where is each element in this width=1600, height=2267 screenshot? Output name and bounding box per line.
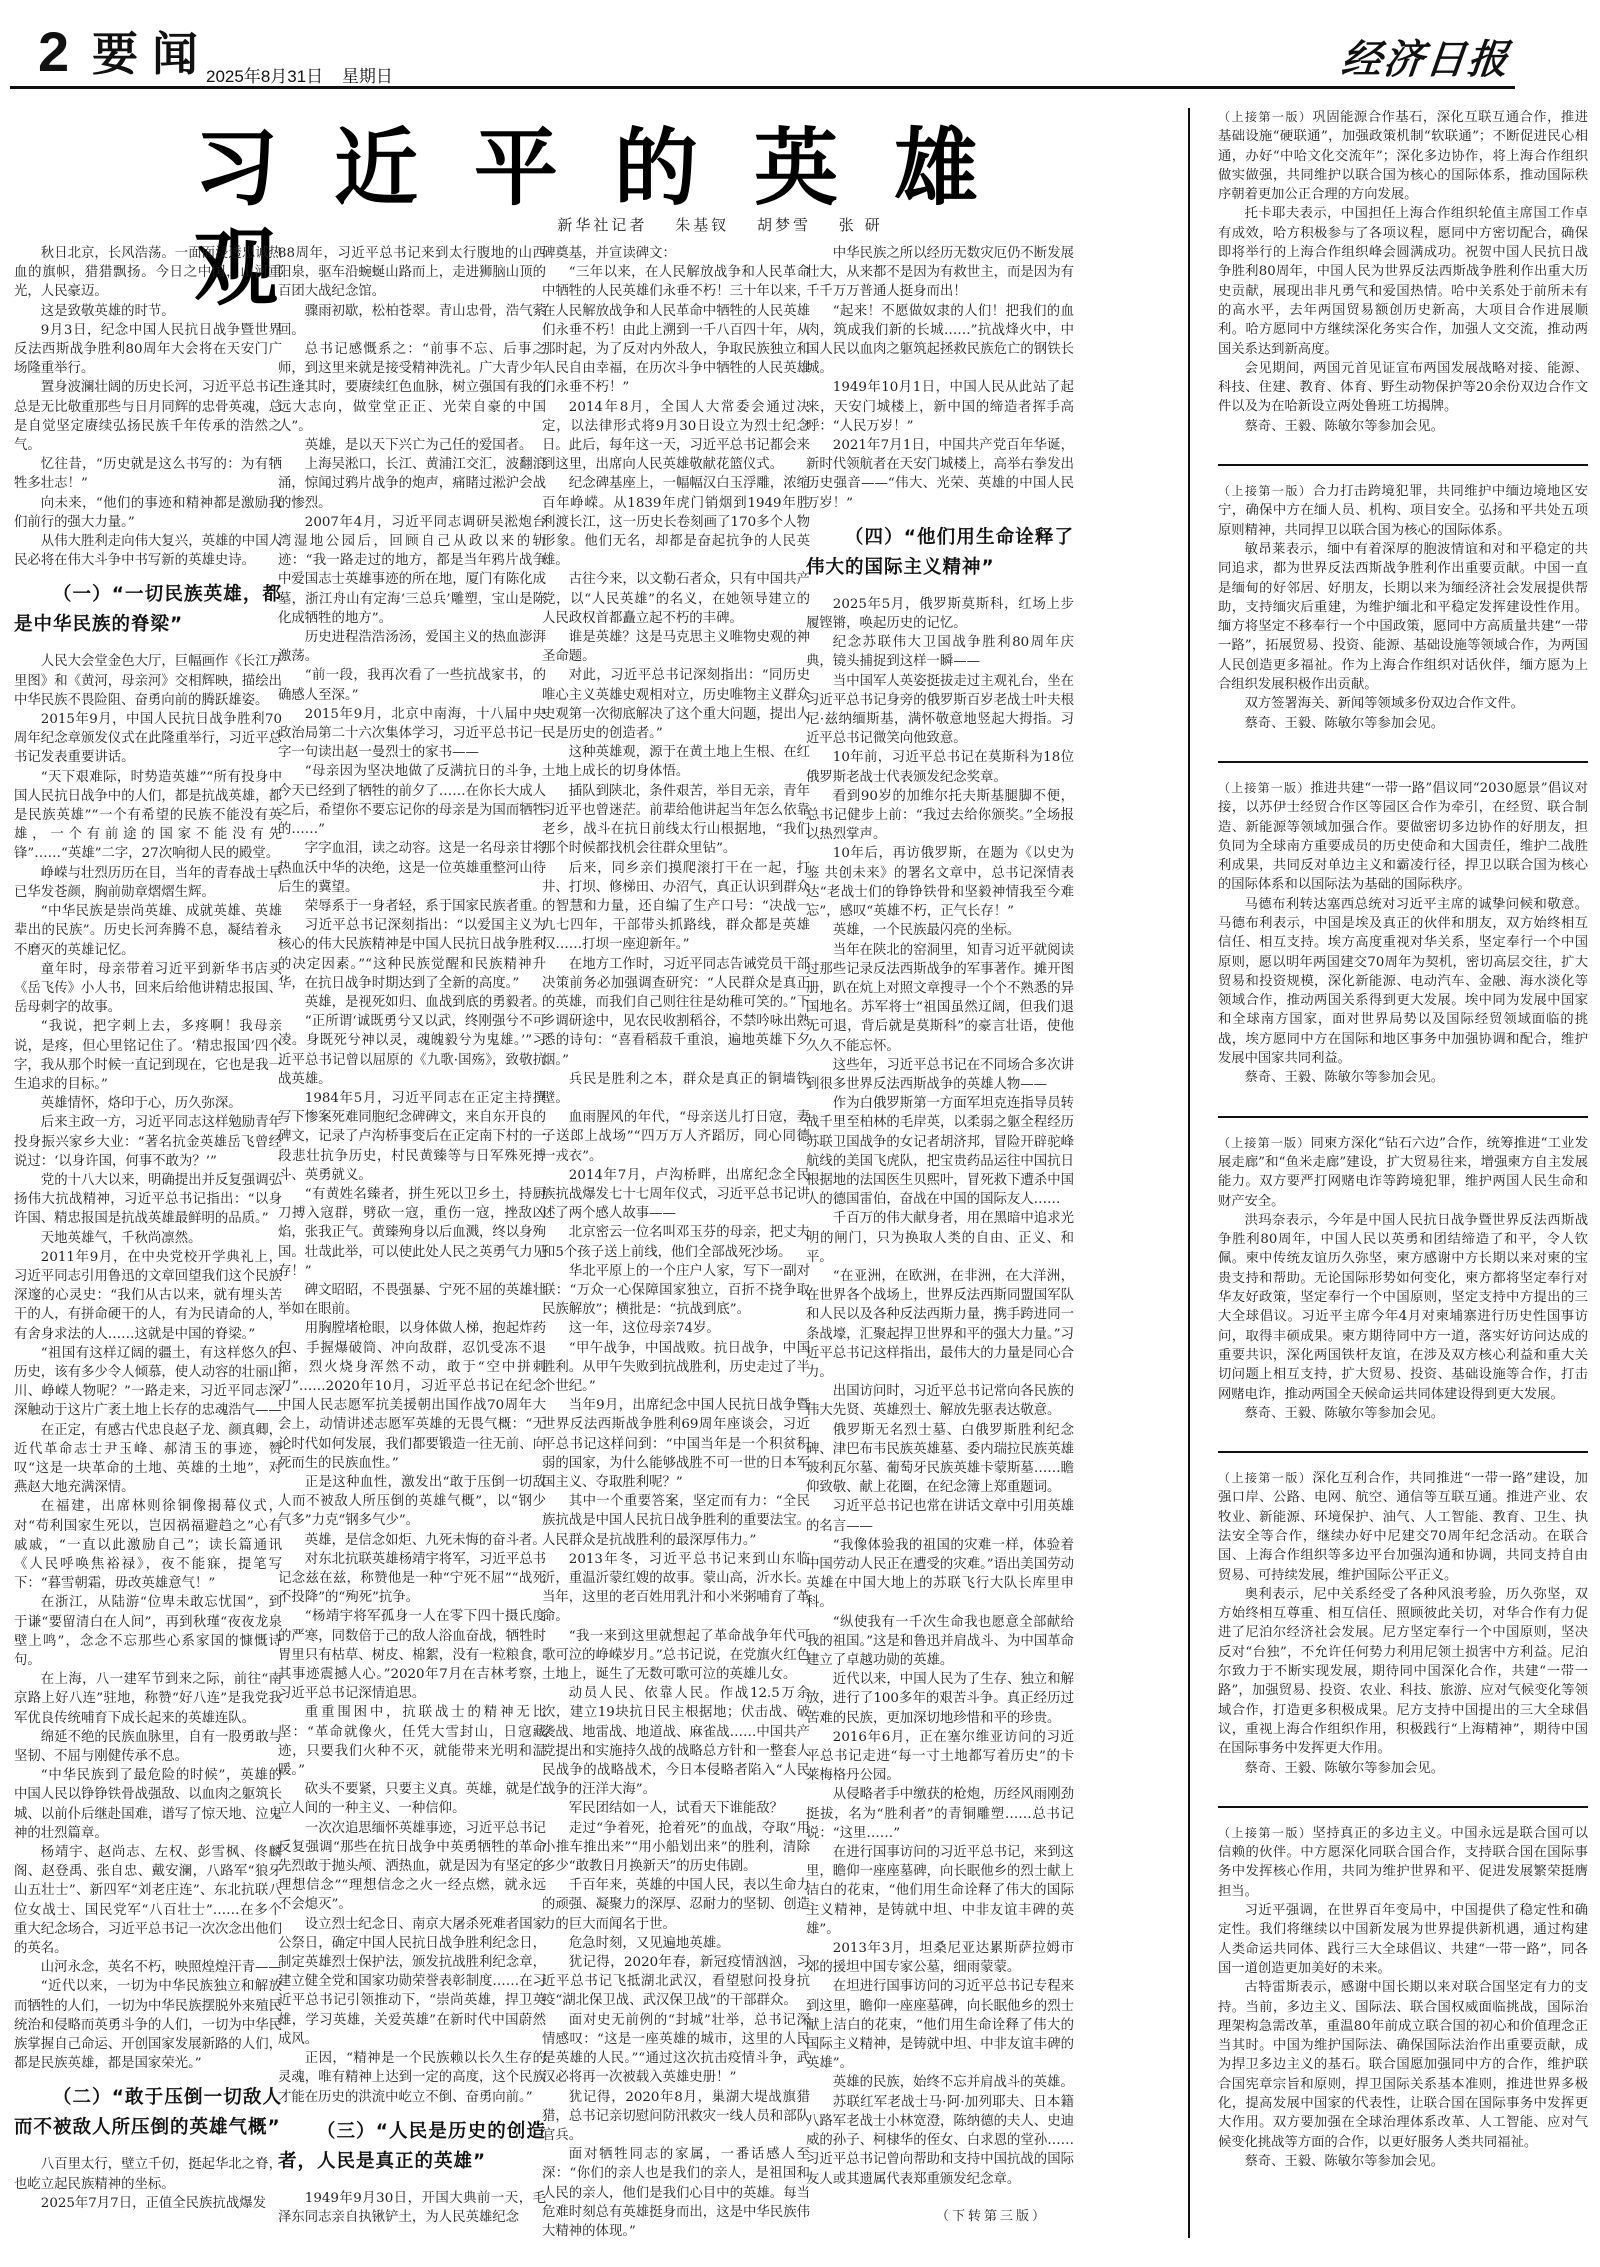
article-column-3: 碑奠基，并宣读碑文：“三年以来，在人民解放战争和人民革命中牺牲的人民英雄们永垂不… [542,244,810,2241]
date: 2025年8月31日 [206,67,323,86]
paragraph: 正因，“精神是一个民族赖以长久生存的灵魂，唯有精神上达到一定的高度，这个民族才能… [278,2049,546,2107]
page-number: 2 [38,22,69,82]
paragraph: 敏昂莱表示，缅中有着深厚的胞波情谊和对和平稳定的共同追求，都为世界反法西斯战争胜… [1218,540,1588,694]
paragraph: 危急时刻，又见遍地英雄。 [542,1934,810,1953]
paragraph: 这种英雄观，源于在黄土地上生根、在红土地上成长的切身体悟。 [542,743,810,781]
story-lead-text: 深化互利合作，共同推进“一带一路”建设，加强口岸、公路、电网、航空、通信等互联互… [1218,1471,1588,1582]
paragraph: 犹记得，2020年8月，巢湖大堤战旗猎猎，总书记亲切慰问防汛救灾一线人员和部队官… [542,2088,810,2146]
paragraph: 谁是英雄？这是马克思主义唯物史观的神圣命题。 [542,628,810,666]
paragraph: 用胸膛堵枪眼，以身体做人梯，抱起炸药包、手握爆破筒、冲向敌群，忍饥受冻不退缩，烈… [278,1319,546,1473]
paragraph: 88周年，习近平总书记来到太行腹地的山西阳泉，驱车沿蜿蜒山路而上，走进狮脑山顶的… [278,244,546,302]
intro-paragraphs: 秋日北京，长风浩荡。一面面浸透忠诚热血的旗帜，猎猎飘扬。今日之中国，山河重光，人… [14,244,282,570]
paragraph: 对东北抗联英雄杨靖宇将军，习近平总书记念兹在兹，称赞他是一种“宁死不屈”“战死不… [278,1550,546,1608]
paragraph: 后来主政一方，习近平同志这样勉励青年投身振兴家乡大业：“著名抗金英雄岳飞曾经说过… [14,1113,282,1171]
paragraph: 会见期间，两国元首见证宣布两国发展战略对接、能源、科技、住建、教育、体育、野生动… [1218,359,1588,417]
paragraph: “起来！不愿做奴隶的人们！把我们的血肉，筑成我们新的长城……”抗战烽火中，中国人… [806,302,1074,379]
paragraph: 英雄，是以天下兴亡为己任的爱国者。 [278,436,546,455]
continued-from-page-1-tag: （上接第一版） [1218,1826,1313,1840]
paragraph: 在上海，八一建军节到来之际，前往“南京路上好八连”驻地，称赞“好八连”是我党我军… [14,1670,282,1728]
paragraph: 千百年来，英雄的中国人民，表以生命力的顽强、凝聚力的深厚、忍耐力的坚韧、创造力的… [542,1876,810,1934]
paragraph: 人民大会堂金色大厅，巨幅画作《长江万里图》和《黄河，母亲河》交相辉映，描绘出中华… [14,652,282,710]
continued-from-page-1-tag: （上接第一版） [1218,484,1313,498]
paragraph: 习近平总书记深刻指出：“以爱国主义为核心的伟大民族精神是中国人民抗日战争胜利的决… [278,916,546,993]
article-column-1: 秋日北京，长风浩荡。一面面浸透忠诚热血的旗帜，猎猎飘扬。今日之中国，山河重光，人… [14,244,282,2213]
paragraph: 习近平总书记也常在讲话文章中引用英雄的名言—— [806,1497,1074,1535]
paragraph: 后来，同乡亲们摸爬滚打干在一起，打井、打坝、修梯田、办沼气，真正认识到群众的智慧… [542,859,810,955]
byline-author: 胡梦雪 [757,216,811,234]
paragraph: 1949年10月1日，中国人民从此站了起来，天安门城楼上，新中国的缔造者挥手高呼… [806,378,1074,436]
paragraph: 从侵略者手中缴获的枪炮，历经风雨刚劲挺拔，名为“胜利者”的青铜雕塑……总书记说：… [806,1785,1074,1843]
paragraph: 骤雨初歇，松柏苍翠。青山忠骨，浩气萦回。 [278,302,546,340]
paragraph: 上海吴淞口，长江、黄浦江交汇，波翻浪涌，惊闻过鸦片战争的炮声，痛睹过淞沪会战的惨… [278,455,546,513]
paragraph: 重重围困中，抗联战士的精神无比坚：“革命就像火，任凭大雪封山，日寇藏迹，只要我们… [278,1703,546,1780]
byline-author: 朱基钗 [675,216,729,234]
paragraph: 10年前，习近平总书记在莫斯科为18位俄罗斯老战士代表颁发纪念奖章。 [806,748,1074,786]
paragraph: 总书记感慨系之：“前事不忘、后事之师，到这里来就是接受精神洗礼。广大青少年生逢其… [278,340,546,436]
paragraph: 犹记得，2020年春，新冠疫情汹汹，习近平总书记飞抵湖北武汉，看望慰问投身抗疫“… [542,1953,810,2011]
paragraph: 2011年9月，在中央党校开学典礼上，习近平同志引用鲁迅的文章回望我们这个民族深… [14,1248,282,1344]
paragraph: 在福建，出席林则徐铜像揭幕仪式，对“苟利国家生死以，岂因祸福避趋之”心有戚戚，“… [14,1497,282,1593]
paragraph: 天地英雄气，千秋尚凛然。 [14,1229,282,1248]
section-4-paragraphs: 2025年5月，俄罗斯莫斯科，红场上步履铿锵，唤起历史的记忆。纪念苏联伟大卫国战… [806,595,1074,2189]
paragraph: 当中国军人英姿挺拔走过主观礼台，坐在习近平总书记身旁的俄罗斯百岁老战士叶夫根尼·… [806,672,1074,749]
paragraph: “三年以来，在人民解放战争和人民革命中牺牲的人民英雄们永垂不朽！三十年以来，在人… [542,263,810,397]
paragraph: 绵延不绝的民族血脉里，自有一股勇敢与坚韧、不屈与刚健传承不息。 [14,1728,282,1766]
paragraph: “纵使我有一千次生命我也愿意全部献给我的祖国。”这是和鲁迅并肩战斗、为中国革命建… [806,1613,1074,1671]
paragraph: “有黄姓名臻者，拼生死以卫乡土，持厨刀搏入寇群，劈砍一寇，重伤一寇，挫敌凶焰，张… [278,1185,546,1281]
paragraph: 在坦进行国事访问的习近平总书记专程来到这里，瞻仰一座座墓碑，向长眠他乡的烈士献上… [806,1977,1074,2073]
paragraph: 英雄，一个民族最闪亮的坐标。 [806,921,1074,940]
column-2-paragraphs: 88周年，习近平总书记来到太行腹地的山西阳泉，驱车沿蜿蜒山路而上，走进狮脑山顶的… [278,244,546,2107]
paragraph: 俄罗斯无名烈士墓、白俄罗斯胜利纪念碑、津巴布韦民族英雄墓、委内瑞拉民族英雄玻利瓦… [806,1421,1074,1498]
paragraph: 北京密云一位名叫邓玉芬的母亲，把丈夫和5个孩子送上前线，他们全部战死沙场。 [542,1223,810,1261]
continued-from-page-1-tag: （上接第一版） [1218,1471,1312,1485]
paragraph: 党的十八大以来，明确提出并反复强调弘扬伟大抗战精神，习近平总书记指出：“以身许国… [14,1171,282,1229]
paragraph: 在浙江，从陆游“位卑未敢忘忧国”，到于谦“要留清白在人间”，再到秋瑾“夜夜龙泉壁… [14,1593,282,1670]
paragraph: 2025年5月，俄罗斯莫斯科，红场上步履铿锵，唤起历史的记忆。 [806,595,1074,633]
paragraph: 这是致敬英雄的时节。 [14,302,282,321]
paragraph: 秋日北京，长风浩荡。一面面浸透忠诚热血的旗帜，猎猎飘扬。今日之中国，山河重光，人… [14,244,282,302]
paragraph: 从伟大胜利走向伟大复兴，英雄的中国人民必将在伟大斗争中书写新的英雄史诗。 [14,532,282,570]
paragraph: “我像体验我的祖国的灾难一样，体验着中国劳动人民正在遭受的灾难。”语出美国劳动英… [806,1536,1074,1613]
byline-author: 张 研 [839,216,883,234]
paragraph: 面对史无前例的“封城”壮举，总书记深情感叹：“这是一座英雄的城市，这里的人民是英… [542,2011,810,2088]
section-heading-4: （四）“他们用生命诠释了伟大的国际主义精神” [806,523,1074,583]
story-lead: （上接第一版）深化互利合作，共同推进“一带一路”建设，加强口岸、公路、电网、航空… [1218,1469,1588,1585]
paragraph: 这一年，这位母亲74岁。 [542,1319,810,1338]
paragraph: “中华民族到了最危险的时候”，英雄的中国人民以铮铮铁骨战强敌、以血肉之躯筑长城、… [14,1766,282,1843]
paragraph: 荣辱系于一身者轻，系于国家民族者重。 [278,897,546,916]
paragraph: “我一来到这里就想起了革命战争年代可歌可泣的峥嵘岁月。”总书记说，在党旗火红色土… [542,1627,810,1685]
paragraph: 洪玛奈表示，今年是中国人民抗日战争暨世界反法西斯战争胜利80周年，中国人民以英勇… [1218,1211,1588,1404]
paragraph: 作为白俄罗斯第一方面军坦克连指导员转战千里至柏林的毛岸英，以柔弱之躯全程经历苏联… [806,1094,1074,1209]
paragraph: 2013年冬，习近平总书记来到山东临沂，重温沂蒙红嫂的故事。蒙山高，沂水长。当年… [542,1550,810,1627]
paragraph: 英雄，是视死如归、血战到底的勇毅者。 [278,993,546,1012]
paragraph: 纪念苏联伟大卫国战争胜利80周年庆典，镜头捕捉到这样一瞬—— [806,633,1074,671]
paragraph: 双方签署海关、新闻等领域多份双边合作文件。 [1218,694,1588,713]
paragraph: “近代以来，一切为中华民族独立和解放而牺牲的人们，一切为中华民族摆脱外来殖民统治… [14,1977,282,2073]
paragraph: 面对牺牲同志的家属，一番话感人至深：“你们的亲人也是我们的亲人，是祖国和人民的亲… [542,2145,810,2241]
masthead-divider [10,86,1515,89]
paragraph: 军民团结如一人，试看天下谁能敌？ [542,1799,810,1818]
article-column-2: 88周年，习近平总书记来到太行腹地的山西阳泉，驱车沿蜿蜒山路而上，走进狮脑山顶的… [278,244,546,2227]
story-lead: （上接第一版）巩固能源合作基石，深化互联互通合作，推进基础设施“硬联通”，加强政… [1218,108,1588,204]
continued-stories-column: （上接第一版）巩固能源合作基石，深化互联互通合作，推进基础设施“硬联通”，加强政… [1218,108,1588,2185]
paragraph: 在进行国事访问的习近平总书记，来到这里，瞻仰一座座墓碑，向长眠他乡的烈士献上洁白… [806,1843,1074,1939]
paragraph: 华北平原上的一个庄户人家，写下一副对联：“万众一心保障国家独立，百折不挠争取民族… [542,1262,810,1320]
paragraph: 当年9月，出席纪念中国人民抗日战争暨世界反法西斯战争胜利69周年座谈会，习近平总… [542,1396,810,1492]
paragraph: 2015年9月，中国人民抗日战争胜利70周年纪念章颁发仪式在此隆重举行，习近平总… [14,710,282,768]
paragraph: 2015年9月，北京中南海，十八届中央政治局第二十六次集体学习，习近平总书记一字… [278,705,546,763]
paragraph: 蔡奇、王毅、陈敏尔等参加会见。 [1218,1068,1588,1087]
paragraph: 苏联红军老战士马·阿·加列耶夫、日本籍八路军老战士小林宽澄，陈纳德的夫人、史迪威… [806,2093,1074,2189]
paragraph: 其中一个重要答案，坚定而有力：“全民族抗战是中国人民抗日战争胜利的重要法宝。人民… [542,1492,810,1550]
paragraph: 托卡耶夫表示，中国担任上海合作组织轮值主席国工作卓有成效，哈方积极参与了各项议程… [1218,204,1588,358]
paragraph: 血雨腥风的年代，“母亲送儿打日寇，妻子送郎上战场”“四万万人齐蹈厉，同心同德一戎… [542,1108,810,1166]
paragraph: “在亚洲，在欧洲，在非洲，在大洋洲，在世界各个战场上，世界反法西斯同盟国军队和人… [806,1267,1074,1382]
paragraph: 童年时，母亲带着习近平到新华书店买《岳飞传》小人书，回来后给他讲精忠报国、岳母刺… [14,960,282,1018]
paragraph: 千百万的伟大献身者，用在黑暗中追求光明的闸门，只为换取人类的自由、正义、和平。 [806,1209,1074,1267]
paragraph: 一次次追思缅怀英雄事迹，习近平总书记反复强调“那些在抗日战争中英勇牺牲的革命先烈… [278,1819,546,1915]
continued-from-page-1-tag: （上接第一版） [1218,110,1313,124]
paragraph: 英雄情怀，烙印于心，历久弥深。 [14,1094,282,1113]
paragraph: 蔡奇、王毅、陈敏尔等参加会见。 [1218,1404,1588,1423]
story-divider [1218,1451,1588,1453]
paragraph: “祖国有这样辽阔的疆土，有这样悠久的历史，该有多少令人倾慕，使人动容的壮丽山川、… [14,1344,282,1421]
paragraph: 蔡奇、王毅、陈敏尔等参加会见。 [1218,714,1588,733]
story-lead: （上接第一版）推进共建“一带一路”倡议同“2030愿景”倡议对接，以苏伊士经贸合… [1218,779,1588,895]
paragraph: 2021年7月1日，中国共产党百年华诞，新时代领航者在天安门城楼上，高举右拳发出… [806,436,1074,513]
continued-story: （上接第一版）巩固能源合作基石，深化互联互通合作，推进基础设施“硬联通”，加强政… [1218,108,1588,450]
paragraph: 插队到陕北，条件艰苦，举目无亲，青年习近平也曾迷茫。前辈给他讲起当年怎么依靠老乡… [542,782,810,859]
paragraph: 习近平强调，在世界百年变局中，中国提供了稳定性和确定性。我们将继续以中国新发展为… [1218,1901,1588,1978]
paragraph: 英雄的民族，始终不忘并肩战斗的英雄。 [806,2073,1074,2092]
story-lead: （上接第一版）坚持真正的多边主义。中国永远是联合国可以信赖的伙伴。中方愿深化同联… [1218,1824,1588,1901]
paragraph: 古特雷斯表示，感谢中国长期以来对联合国坚定有力的支持。当前，多边主义、国际法、联… [1218,1978,1588,2152]
paragraph: 1949年9月30日，开国大典前一天，毛泽东同志亲自执锹铲土，为人民英雄纪念 [278,2189,546,2227]
continued-story: （上接第一版）坚持真正的多边主义。中国永远是联合国可以信赖的伙伴。中方愿深化同联… [1218,1824,1588,2185]
paragraph: 峥嵘与壮烈历历在目，当年的青春战士早已华发苍颜，胸前勋章熠熠生辉。 [14,864,282,902]
paragraph: 对此，习近平总书记深刻指出：“同历史唯心主义英雄史观相对立，历史唯物主义群众史观… [542,666,810,743]
paragraph: “前一段，我再次看了一些抗战家书，的确感人至深。” [278,666,546,704]
paragraph: 蔡奇、王毅、陈敏尔等参加会见。 [1218,1759,1588,1778]
paragraph: “母亲因为坚决地做了反满抗日的斗争，今天已经到了牺牲的前夕了……在你长大成人之后… [278,762,546,839]
continued-from-page-1-tag: （上接第一版） [1218,1136,1311,1150]
paragraph: 2016年6月，正在塞尔维亚访问的习近平总书记走进“每一寸土地都写着历史”的卡莱… [806,1728,1074,1786]
section-heading-1: （一）“一切民族英雄，都是中华民族的脊梁” [14,580,282,640]
paragraph: 10年后，再访俄罗斯，在题为《以史为鉴 共创未来》的署名文章中，总书记深情表达“… [806,844,1074,921]
paper-logo: 经济日报 [1339,28,1513,85]
paragraph: 设立烈士纪念日、南京大屠杀死难者国家公祭日，确定中国人民抗日战争胜利纪念日，制定… [278,1915,546,2049]
paragraph: “甲午战争，中国战败。抗日战争，中国胜利。从甲午失败到抗战胜利，历史走过了半个世… [542,1339,810,1397]
continued-story: （上接第一版）合力打击跨境犯罪，共同维护中缅边境地区安宁，确保中方在缅人员、机构… [1218,482,1588,747]
column-3-paragraphs: 碑奠基，并宣读碑文：“三年以来，在人民解放战争和人民革命中牺牲的人民英雄们永垂不… [542,244,810,2241]
paragraph: “天下艰难际，时势造英雄”“所有投身中国人民抗日战争中的人们，都是抗战英雄，都是… [14,768,282,864]
paragraph: 在地方工作时，习近平同志告诫党员干部决策前务必加强调查研究：“人民群众是真正的英… [542,955,810,1070]
paragraph: 纪念碑基座上，一幅幅汉白玉浮雕，浓缩百年峥嵘。从1839年虎门销烟到1949年胜… [542,474,810,570]
section-3-paragraphs: 1949年9月30日，开国大典前一天，毛泽东同志亲自执锹铲土，为人民英雄纪念 [278,2189,546,2227]
weekday: 星期日 [342,67,393,86]
continued-story: （上接第一版）推进共建“一带一路”倡议同“2030愿景”倡议对接，以苏伊士经贸合… [1218,779,1588,1102]
continued-from-page-1-tag: （上接第一版） [1218,781,1310,795]
story-divider [1218,761,1588,763]
section-1-paragraphs: 人民大会堂金色大厅，巨幅画作《长江万里图》和《黄河，母亲河》交相辉映，描绘出中华… [14,652,282,2073]
article-column-4: 中华民族之所以经历无数灾厄仍不断发展壮大，从来都不是因为有救世主，而是因为有千千… [806,244,1074,2226]
continued-story: （上接第一版）同柬方深化“钻石六边”合作，统筹推进“工业发展走廊”和“鱼米走廊”… [1218,1134,1588,1437]
story-divider [1218,464,1588,466]
paragraph: 在正定，有感古代忠良赵子龙、颜真卿，近代革命志士尹玉峰、郝清玉的事迹，赞叹“这是… [14,1421,282,1498]
story-lead: （上接第一版）合力打击跨境犯罪，共同维护中缅边境地区安宁，确保中方在缅人员、机构… [1218,482,1588,540]
continued-story: （上接第一版）深化互利合作，共同推进“一带一路”建设，加强口岸、公路、电网、航空… [1218,1469,1588,1792]
story-divider [1218,1116,1588,1118]
paragraph: “杨靖宇将军孤身一人在零下四十摄氏度的严寒，同数倍于己的敌人浴血奋战，牺牲时胃里… [278,1607,546,1703]
paragraph: 2014年8月，全国人大常委会通过决定，以法律形式将9月30日设立为烈士纪念日。… [542,398,810,475]
paragraph: 2007年4月，习近平同志调研吴淞炮台湾湿地公园后，回顾自己从政以来的轨迹：“我… [278,513,546,628]
paragraph: 八百里太行，壁立千仞，挺起华北之脊，也屹立起民族精神的坐标。 [14,2155,282,2193]
paragraph: 兵民是胜利之本，群众是真正的铜墙铁壁。 [542,1070,810,1108]
paragraph: 2025年7月7日，正值全民族抗战爆发 [14,2194,282,2213]
paragraph: 出国访问时，习近平总书记常向各民族的伟大先贤、英雄烈士、解放先驱表达敬意。 [806,1382,1074,1420]
paragraph: 2013年3月，坦桑尼亚达累斯萨拉姆市郊的援坦中国专家公墓，细雨蒙蒙。 [806,1939,1074,1977]
story-lead-text: 推进共建“一带一路”倡议同“2030愿景”倡议对接，以苏伊士经贸合作区等园区合作… [1218,781,1588,892]
paragraph: 山河永念，英名不朽，映照煌煌汗青—— [14,1958,282,1977]
paragraph: “正所谓‘诚既勇兮又以武，终刚强兮不可凌。身既死兮神以灵，魂魄毅兮为鬼雄。’”习… [278,1012,546,1089]
paragraph: 2014年7月，卢沟桥畔，出席纪念全民族抗战爆发七十七周年仪式，习近平总书记讲述… [542,1166,810,1224]
section-name: 要闻 [92,26,212,82]
paragraph: 忆往昔，“历史就是这么书写的：为有牺牲多壮志！” [14,455,282,493]
story-divider [1218,1806,1588,1808]
issue-date: 2025年8月31日 星期日 [206,62,407,87]
paragraph: 马德布利转达塞西总统对习近平主席的诚挚问候和敬意。马德布利表示，中国是埃及真正的… [1218,895,1588,1069]
paragraph: “中华民族是崇尚英雄、成就英雄、英雄辈出的民族”。历史长河奔腾不息，凝结着永不磨… [14,902,282,960]
byline-agency: 新华社记者 [557,216,647,234]
paragraph: 杨靖宇、赵尚志、左权、彭雪枫、佟麟阁、赵登禹、张自忠、戴安澜，八路军“狼牙山五壮… [14,1843,282,1958]
continued-on-page-3: （下转第三版） [806,2207,1074,2226]
paragraph: 字字血泪，读之动容。这是一名母亲甘将热血沃中华的决绝，这是一位英雄重整河山待后生… [278,839,546,897]
masthead: 2 要闻 2025年8月31日 星期日 经济日报 [0,0,1600,88]
paragraph: 蔡奇、王毅、陈敏尔等参加会见。 [1218,2152,1588,2171]
paragraph: 当年在陕北的窑洞里，知青习近平就阅读过那些记录反法西斯战争的军事著作。摊开图册，… [806,941,1074,1056]
paragraph: 看到90岁的加维尔托夫斯基腿脚不便，总书记健步上前：“我过去给你颁奖。”全场报以… [806,787,1074,845]
paragraph: 近代以来，中国人民为了生存、独立和解放，进行了100多年的艰苦斗争。真正经历过苦… [806,1670,1074,1728]
section-heading-2: （二）“敢于压倒一切敌人而不被敌人所压倒的英雄气概” [14,2083,282,2143]
paragraph: 9月3日，纪念中国人民抗日战争暨世界反法西斯战争胜利80周年大会将在天安门广场隆… [14,321,282,379]
paragraph: 蔡奇、王毅、陈敏尔等参加会见。 [1218,417,1588,436]
paragraph: 碑奠基，并宣读碑文： [542,244,810,263]
paragraph: 碑文昭昭，不畏强暴、宁死不屈的英雄壮举如在眼前。 [278,1281,546,1319]
paragraph: 中华民族之所以经历无数灾厄仍不断发展壮大，从来都不是因为有救世主，而是因为有千千… [806,244,1074,302]
paragraph: 英雄，是信念如炬、九死未悔的奋斗者。 [278,1531,546,1550]
paragraph: 走过“争着死，抢着死”的血战，夺取“用小推车推出来”“用小船划出来”的胜利，清除… [542,1819,810,1877]
column-divider [1188,108,1190,2238]
story-lead: （上接第一版）同柬方深化“钻石六边”合作，统筹推进“工业发展走廊”和“鱼米走廊”… [1218,1134,1588,1211]
paragraph: 这些年，习近平总书记在不同场合多次讲到很多世界反法西斯战争的英雄人物—— [806,1056,1074,1094]
paragraph: 向未来，“他们的事迹和精神都是激励我们前行的强大力量。” [14,494,282,532]
section-2-paragraphs: 八百里太行，壁立千仞，挺起华北之脊，也屹立起民族精神的坐标。2025年7月7日，… [14,2155,282,2213]
paragraph: 奥利表示，尼中关系经受了各种风浪考验，历久弥坚，双方始终相互尊重、相互信任、照顾… [1218,1585,1588,1759]
paragraph: 置身波澜壮阔的历史长河，习近平总书记总是无比敬重那些与日月同辉的忠骨英魂，总是自… [14,378,282,455]
byline: 新华社记者 朱基钗 胡梦雪 张 研 [0,214,1180,235]
paragraph: 历史进程浩浩汤汤，爱国主义的热血澎湃激荡。 [278,628,546,666]
paragraph: 1984年5月，习近平同志在正定主持撰写下惨案死难同胞纪念碑碑文，来自东开良的碑… [278,1089,546,1185]
paragraph: 砍头不要紧，只要主义真。英雄，就是伫立人间的一种主义、一种信仰。 [278,1780,546,1818]
section-heading-3: （三）“人民是历史的创造者，人民是真正的英雄” [278,2117,546,2177]
paragraph: 正是这种血性，激发出“敢于压倒一切敌人而不被敌人所压倒的英雄气概”，以“钢少气多… [278,1473,546,1531]
paragraph: 动员人民、依靠人民。作战12.5万余次，建立19块抗日民主根据地；伏击战、破袭战… [542,1684,810,1799]
column-4-paragraphs: 中华民族之所以经历无数灾厄仍不断发展壮大，从来都不是因为有救世主，而是因为有千千… [806,244,1074,513]
paragraph: 古往今来，以文勒石者众，只有中国共产党，以“人民英雄”的名义，在她领导建立的人民… [542,570,810,628]
paragraph: “我说，把字刺上去，多疼啊！我母亲说，是疼，但心里铭记住了。‘精忠报国’四个字，… [14,1017,282,1094]
